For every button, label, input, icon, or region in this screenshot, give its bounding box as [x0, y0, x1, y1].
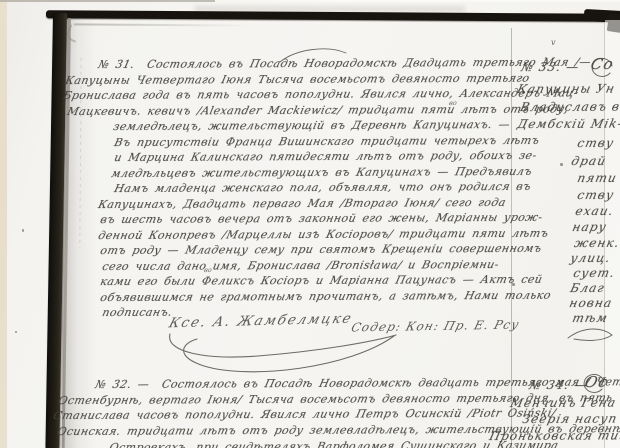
- ink-flourishes: [0, 0, 620, 448]
- margin-33-end-flourish: [568, 329, 612, 340]
- margin-34-capital-loop: [584, 374, 604, 392]
- signature-underline-flourish: [170, 334, 396, 357]
- margin-33-capital-loop: [592, 58, 612, 76]
- scanned-register-page: № 31. Состоялось въ Посадѣ Новорадомскѣ …: [0, 0, 620, 448]
- header-flourish: [280, 49, 346, 62]
- signature-loop-flourish: [184, 336, 394, 372]
